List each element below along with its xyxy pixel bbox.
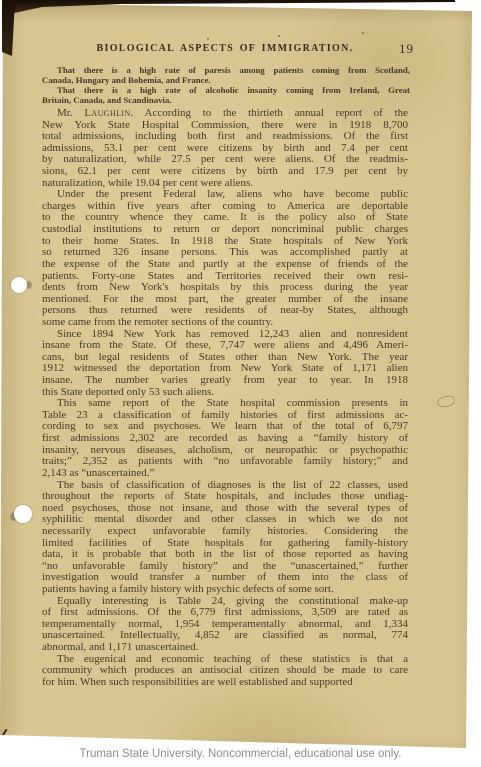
text-line: this State deported only 53 such aliens. <box>42 387 408 399</box>
punch-hole-bottom <box>14 505 32 523</box>
text-line: throughout the reports of State hospital… <box>42 491 408 503</box>
text-line: mentioned. For the most part, the greate… <box>42 294 408 306</box>
text-line: custodial institutions to return or depo… <box>42 224 408 236</box>
text-line: Britain, Canada, and Scandinavia. <box>42 95 410 105</box>
text-line: temperamentally normal, 1,954 temperamen… <box>42 619 408 631</box>
text-line: total admissions, including both first a… <box>42 131 408 143</box>
text-line: The eugenical and economic teaching of t… <box>42 654 408 666</box>
text-line: insanity, nervous diseases, alcholism, o… <box>42 445 408 457</box>
paper-speck <box>362 32 364 34</box>
text-line: by naturalization, while 27.5 per cent w… <box>42 154 408 166</box>
text-line: some came from the remoter sections of t… <box>42 317 408 329</box>
text-line: persons thus returned were residents of … <box>42 305 408 317</box>
text-line: noed psychoses, those not insane, and th… <box>42 503 408 515</box>
text-line: 2,143 as “unascertained.” <box>42 468 408 480</box>
body-text-block: Mr. Laughlin. According to the thirtieth… <box>42 108 408 688</box>
notice-block: That there is a high rate of paresis amo… <box>42 65 410 105</box>
text-line: Under the present Federal law, aliens wh… <box>42 189 408 201</box>
text-line: Table 23 a classification of family hist… <box>42 410 408 422</box>
text-line: insane. The number varies greatly from y… <box>42 375 408 387</box>
text-line: cans, but legal residents of States othe… <box>42 352 408 364</box>
text-line: necessarily expect unfavorable family hi… <box>42 526 408 538</box>
text-line: first admissions 2,302 are recorded as h… <box>42 433 408 445</box>
text-line: the expense of the State and partly at t… <box>42 259 408 271</box>
paper-speck <box>207 38 209 40</box>
text-line: sions, 62.1 per cent were citizens by bi… <box>42 166 408 178</box>
text-line: Mr. Laughlin. According to the thirtieth… <box>42 108 408 120</box>
text-line: New York State Hospital Commission, ther… <box>42 120 408 132</box>
text-line: unascertained. Intellectually, 4,852 are… <box>42 630 408 642</box>
text-line: patients. Forty-one States and Territori… <box>42 271 408 283</box>
text-line: data, it is probable that both in the li… <box>42 549 408 561</box>
text-line: 1912 witnessed the deportation from New … <box>42 363 408 375</box>
text-line: patients having a family history with ps… <box>42 584 408 596</box>
text-line: Canada, Hungary and Bohemia, and France. <box>42 75 410 85</box>
page-number: 19 <box>399 41 414 57</box>
text-line: That there is a high rate of alcoholic i… <box>42 85 410 95</box>
text-line: Since 1894 New York has removed 12,243 a… <box>42 329 408 341</box>
punch-hole-top <box>11 277 27 293</box>
text-line: That there is a high rate of paresis amo… <box>42 65 410 75</box>
text-line: syphilitic mental disorder and other cla… <box>42 514 408 526</box>
page-title: BIOLOGICAL ASPECTS OF IMMIGRATION. <box>42 43 408 54</box>
text-line: to the country whence they came. It is t… <box>42 212 408 224</box>
book-page: BIOLOGICAL ASPECTS OF IMMIGRATION. 19 Th… <box>0 0 481 767</box>
text-line: of first admissions. Of the 6,779 first … <box>42 607 408 619</box>
text-line: “no unfavorable family history” and the … <box>42 561 408 573</box>
text-line: charges within five years after coming t… <box>42 201 408 213</box>
ink-scratch <box>0 729 8 742</box>
text-line: insane from the State. Of these, 7,747 w… <box>42 340 408 352</box>
text-line: traits;” 2,352 as patients with “no unfa… <box>42 456 408 468</box>
text-line: The basis of classification of diagnoses… <box>42 480 408 492</box>
text-line: for him. When such responsibilities are … <box>42 677 408 689</box>
text-line: naturalization, while 19.04 per cent wer… <box>42 178 408 190</box>
text-line: Equally interesting is Table 24, giving … <box>42 596 408 608</box>
text-line: community which produces an antisocial c… <box>42 665 408 677</box>
pencil-mark <box>436 395 455 408</box>
text-line: This same report of the State hospital c… <box>42 398 408 410</box>
text-line: admissions, 53.1 per cent were citizens … <box>42 143 408 155</box>
text-line: dents from New York's hospitals by this … <box>42 282 408 294</box>
text-line: limited facilities of State hospitals fo… <box>42 538 408 550</box>
text-line: so returned 326 insane persons. This was… <box>42 247 408 259</box>
page-header: BIOLOGICAL ASPECTS OF IMMIGRATION. 19 <box>42 43 408 57</box>
text-line: abnormal, and 1,171 unascertained. <box>42 642 408 654</box>
scanned-page-background: BIOLOGICAL ASPECTS OF IMMIGRATION. 19 Th… <box>0 0 481 767</box>
text-line: investigation would transfer a number of… <box>42 572 408 584</box>
text-line: cording to sex and psychoses. We learn t… <box>42 421 408 433</box>
text-line: to their home States. In 1918 the State … <box>42 236 408 248</box>
footer-credit: Truman State University. Noncommercial, … <box>0 748 481 760</box>
paper-speck <box>278 35 280 37</box>
